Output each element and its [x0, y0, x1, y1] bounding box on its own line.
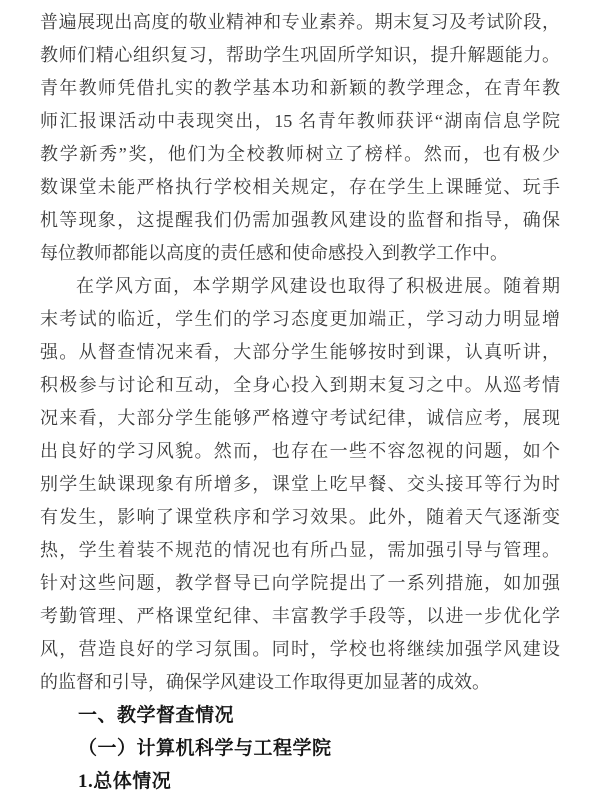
document-line: 积极参与讨论和互动，全身心投入到期末复习之中。从巡考情: [40, 369, 560, 402]
document-line: 风，营造良好的学习氛围。同时，学校也将继续加强学风建设: [40, 633, 560, 666]
document-line: 末考试的临近，学生们的学习态度更加端正，学习动力明显增: [40, 303, 560, 336]
document-line: 数课堂未能严格执行学校相关规定，存在学生上课睡觉、玩手: [40, 171, 560, 204]
document-line: 在学风方面，本学期学风建设也取得了积极进展。随着期: [40, 270, 560, 303]
document-line: 出良好的学习风貌。然而，也存在一些不容忽视的问题，如个: [40, 435, 560, 468]
document-line: 的监督和引导，确保学风建设工作取得更加显著的成效。: [40, 666, 560, 699]
document-line: 考勤管理、严格课堂纪律、丰富教学手段等，以进一步优化学: [40, 600, 560, 633]
document-line: 针对这些问题，教学督导已向学院提出了一系列措施，如加强: [40, 567, 560, 600]
document-line: 况来看，大部分学生能够严格遵守考试纪律，诚信应考，展现: [40, 402, 560, 435]
document-line: 有发生，影响了课堂秩序和学习效果。此外，随着天气逐渐变: [40, 501, 560, 534]
section-heading-computer-science-college: （一）计算机科学与工程学院: [40, 732, 560, 765]
document-line: 每位教师都能以高度的责任感和使命感投入到教学工作中。: [40, 237, 560, 270]
document-line: 普遍展现出高度的敬业精神和专业素养。期末复习及考试阶段，: [40, 6, 560, 39]
document-line: 强。从督查情况来看，大部分学生能够按时到课，认真听讲，: [40, 336, 560, 369]
document-page: 普遍展现出高度的敬业精神和专业素养。期末复习及考试阶段， 教师们精心组织复习，帮…: [0, 0, 600, 800]
document-line: 青年教师凭借扎实的教学基本功和新颖的教学理念，在青年教: [40, 72, 560, 105]
document-line: 热，学生着装不规范的情况也有所凸显，需加强引导与管理。: [40, 534, 560, 567]
document-line: 教师们精心组织复习，帮助学生巩固所学知识，提升解题能力。: [40, 39, 560, 72]
document-line: 别学生缺课现象有所增多，课堂上吃早餐、交头接耳等行为时: [40, 468, 560, 501]
document-line: 机等现象，这提醒我们仍需加强教风建设的监督和指导，确保: [40, 204, 560, 237]
section-heading-overall-situation: 1.总体情况: [40, 765, 560, 798]
section-heading-teaching-supervision: 一、教学督查情况: [40, 699, 560, 732]
document-line: 师汇报课活动中表现突出，15 名青年教师获评“湖南信息学院: [40, 105, 560, 138]
document-line: 教学新秀”奖，他们为全校教师树立了榜样。然而，也有极少: [40, 138, 560, 171]
